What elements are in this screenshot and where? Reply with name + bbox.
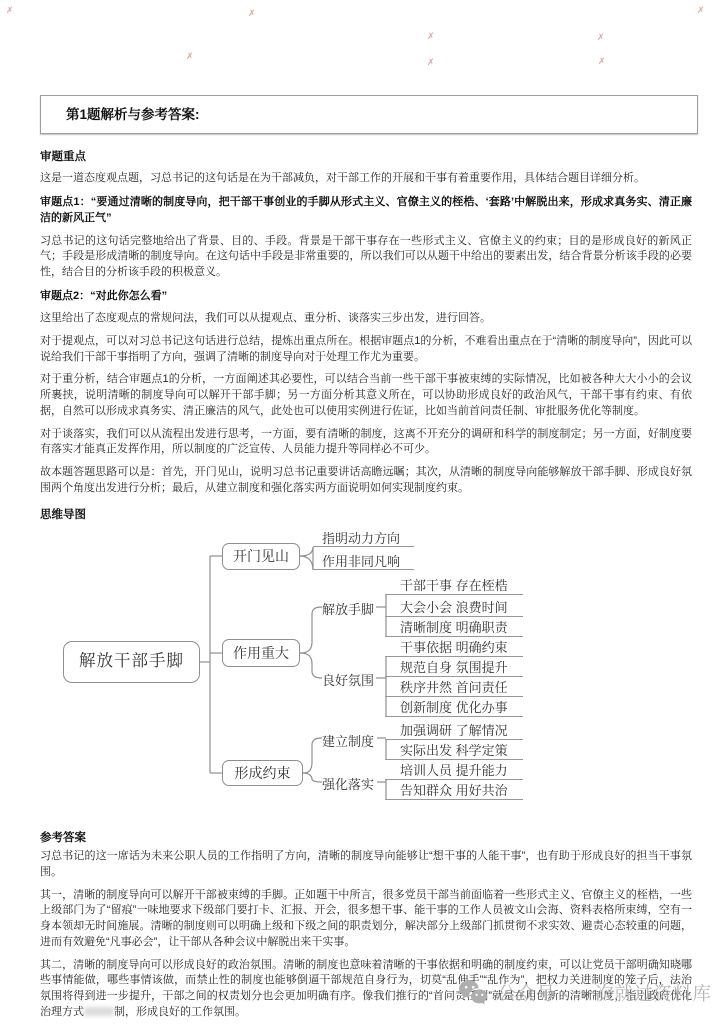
- watermark-text: 公众号 · 一次就过资料库: [498, 980, 712, 1006]
- scan-mark: ✗: [598, 57, 606, 66]
- heading-point1: 审题点1：“要通过清晰的制度导向，把干部干事创业的手脚从形式主义、官僚主义的桎梏…: [40, 194, 692, 227]
- document-page: ✗ ✗ ✗ ✗ ✗ ✗ ✗ ✗ 第1题解析与参考答案: 审题重点 这是一道态度观…: [0, 0, 724, 1024]
- mindmap-leaf: 干部干事 存在桎梏: [385, 578, 523, 595]
- wechat-icon: [458, 979, 489, 1006]
- scan-mark: ✗: [186, 52, 194, 61]
- paragraph: 这是一道态度观点题，习总书记的这句话是在为干部减负，对干部工作的开展和干事有着重…: [40, 171, 692, 187]
- content-area: 审题重点 这是一道态度观点题，习总书记的这句话是在为干部减负，对干部工作的开展和…: [40, 138, 692, 1020]
- scan-mark: ✗: [427, 58, 435, 67]
- mindmap-diagram: 解放干部手脚 开门见山 作用重大 形成约束 指明动力方向 作用非同凡响 解放手脚…: [0, 524, 724, 819]
- mindmap-leaf: 大会小会 浪费时间: [385, 600, 523, 617]
- paragraph: 对于重分析，结合审题点1的分析，一方面阐述其必要性，可以结合当前一些干部干事被束…: [40, 372, 692, 419]
- heading-exam-focus: 审题重点: [40, 148, 692, 164]
- scan-mark: ✗: [248, 9, 256, 18]
- mindmap-leaf: 告知群众 用好共治: [385, 783, 523, 800]
- paragraph: 习总书记的这句话完整地给出了背景、目的、手段。背景是干部干事存在一些形式主义、官…: [40, 234, 692, 281]
- illegible-smudge: [84, 1007, 114, 1016]
- scan-mark: ✗: [597, 33, 605, 42]
- paragraph: 这里给出了态度观点的常规问法，我们可以从提观点、重分析、谈落实三步出发，进行回答…: [40, 311, 692, 327]
- page-title: 第1题解析与参考答案:: [41, 96, 697, 133]
- mindmap-leaf: 干事依据 明确约束: [385, 640, 523, 657]
- mindmap-leaf: 清晰制度 明确职责: [385, 620, 523, 637]
- mindmap-leaf: 创新制度 优化办事: [385, 700, 523, 717]
- mindmap-leaf: 秩序井然 首问责任: [385, 680, 523, 697]
- heading-point2: 审题点2：“对此你怎么看”: [40, 288, 692, 305]
- mindmap-sublabel: 强化落实: [322, 774, 374, 793]
- mindmap-leaf: 培训人员 提升能力: [385, 763, 523, 780]
- scan-mark: ✗: [427, 32, 435, 41]
- mindmap-sublabel: 良好氛围: [322, 670, 374, 689]
- mindmap-leaf: 实际出发 科学定策: [385, 743, 523, 760]
- scan-mark: ✗: [6, 6, 14, 15]
- heading-reference-answer: 参考答案: [40, 829, 692, 845]
- footer-watermark: 公众号 · 一次就过资料库: [458, 979, 712, 1006]
- mindmap-leaf: 指明动力方向: [313, 531, 414, 547]
- mindmap-sublabel: 解放手脚: [322, 599, 374, 618]
- mindmap-sublabel: 建立制度: [322, 731, 374, 750]
- mindmap-root-node: 解放干部手脚: [63, 641, 200, 683]
- heading-mindmap: 思维导图: [40, 506, 692, 522]
- mindmap-branch-node: 作用重大: [222, 639, 300, 667]
- mindmap-branch-node: 开门见山: [222, 543, 300, 570]
- paragraph-text: 制，形成良好的工作氛围。: [114, 1006, 246, 1018]
- mindmap-branch-node: 形成约束: [222, 760, 303, 786]
- paragraph: 其一，清晰的制度导向可以解开干部被束缚的手脚。正如题干中所言，很多党员干部当前面…: [40, 888, 692, 951]
- paragraph: 对于提观点，可以对习总书记这句话进行总结，提炼出重点所在。根据审题点1的分析，不…: [40, 334, 692, 365]
- paragraph: 故本题答题思路可以是：首先，开门见山，说明习总书记重要讲话高瞻远瞩；其次，从清晰…: [40, 465, 692, 496]
- mindmap-leaf: 规范自身 氛围提升: [385, 660, 523, 677]
- title-box: 第1题解析与参考答案:: [40, 95, 698, 134]
- scan-mark: ✗: [697, 6, 705, 15]
- mindmap-leaf: 作用非同凡响: [313, 554, 414, 570]
- paragraph: 习总书记的这一席话为未来公职人员的工作指明了方向，清晰的制度导向能够让“想干事的…: [40, 849, 692, 880]
- mindmap-leaf: 加强调研 了解情况: [385, 723, 523, 740]
- paragraph: 对于谈落实，我们可以从流程出发进行思考，一方面，要有清晰的制度，这离不开充分的调…: [40, 427, 692, 458]
